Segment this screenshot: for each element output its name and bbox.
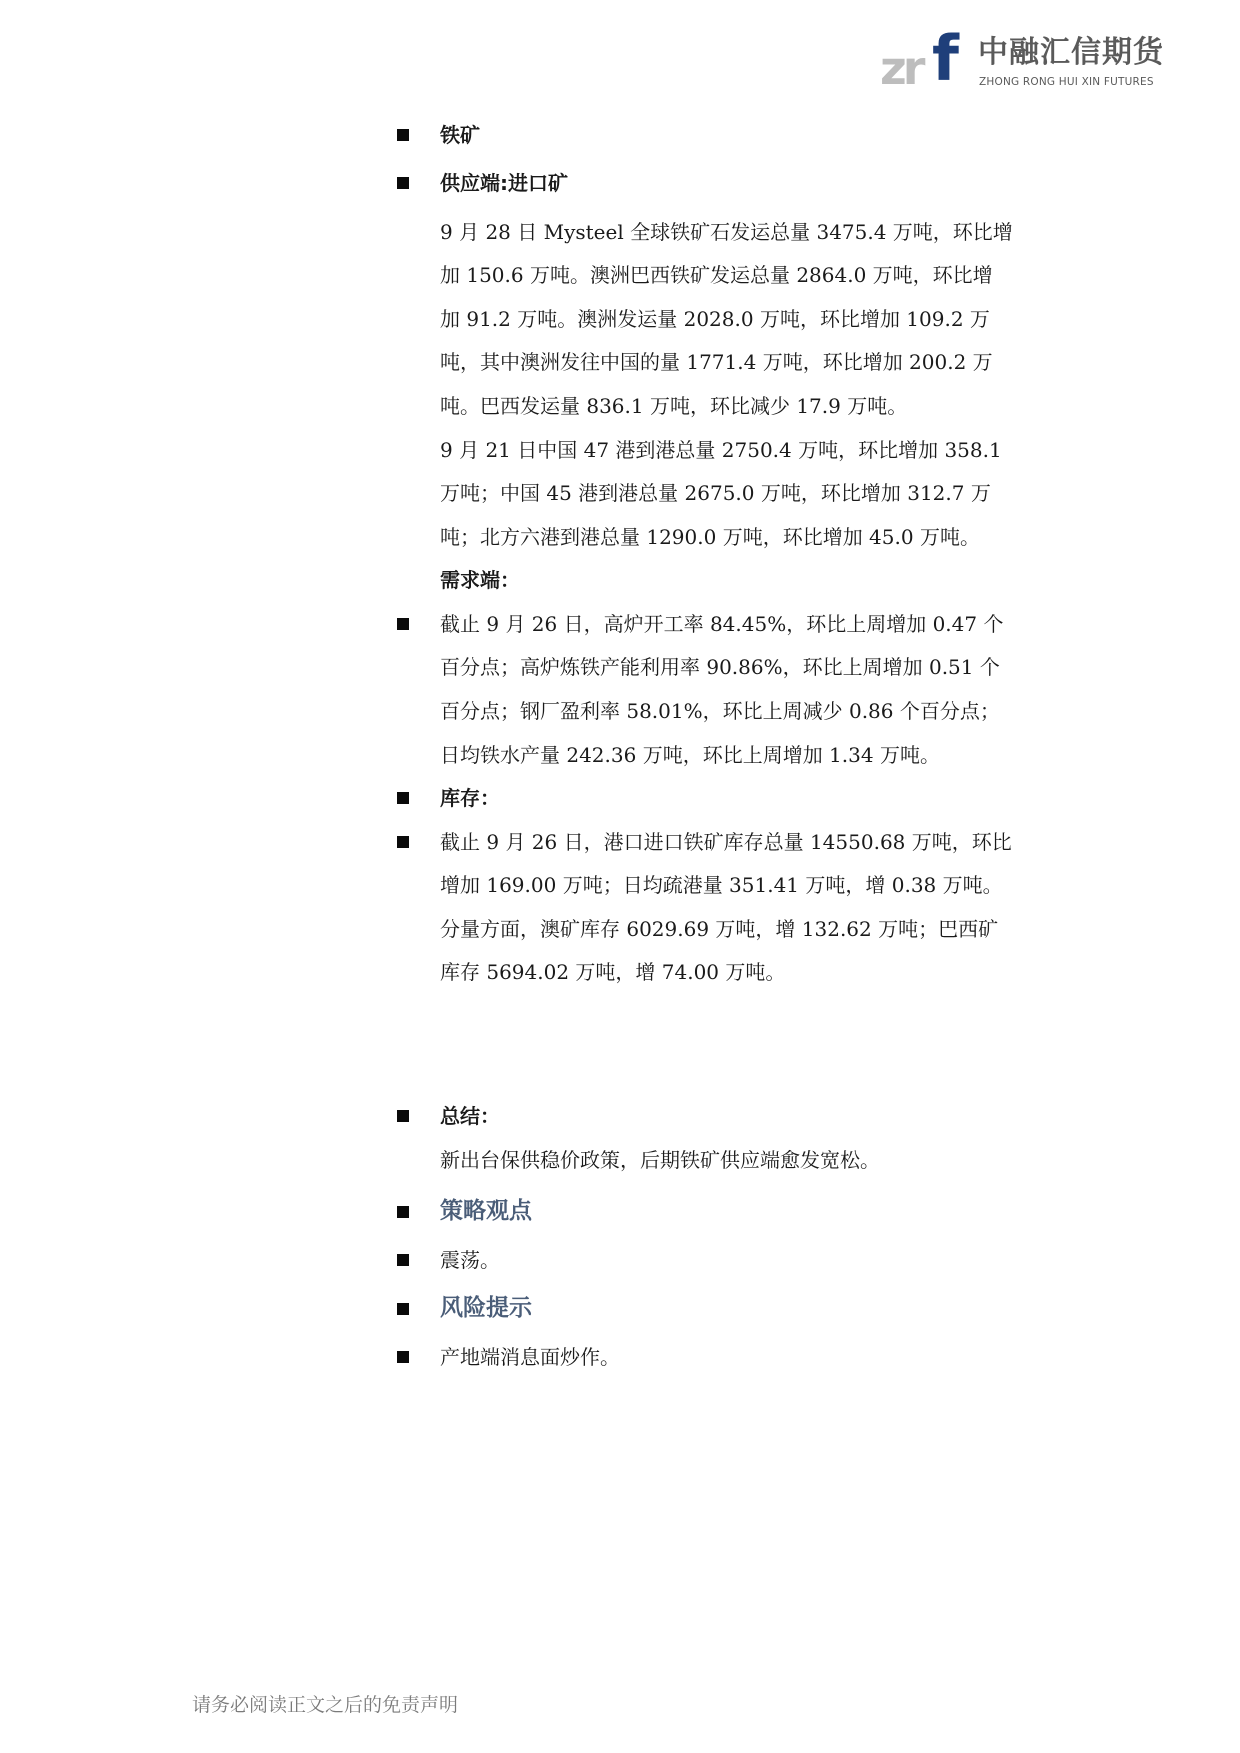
risk-text: 产地端消息面炒作。 [440, 1344, 620, 1370]
logo-name-cn: 中融汇信期货 [978, 36, 1164, 70]
bullet-square-icon [397, 129, 409, 141]
text-line: 截止 9 月 26 日，高炉开工率 84.45%，环比上周增加 0.47 个 [440, 611, 1003, 637]
bullet-square-icon [397, 1254, 409, 1266]
text-line: 9 月 21 日中国 47 港到港总量 2750.4 万吨，环比增加 358.1 [440, 437, 1002, 463]
bullet-square-icon [397, 792, 409, 804]
text-line: 截止 9 月 26 日，港口进口铁矿库存总量 14550.68 万吨，环比 [440, 829, 1012, 855]
text-line: 库存 5694.02 万吨，增 74.00 万吨。 [440, 959, 785, 985]
summary-heading: 总结： [440, 1103, 500, 1129]
bullet-square-icon [397, 1206, 409, 1218]
text-line: 万吨；中国 45 港到港总量 2675.0 万吨，环比增加 312.7 万 [440, 480, 991, 506]
bullet-square-icon [397, 836, 409, 848]
text-line: 分量方面，澳矿库存 6029.69 万吨，增 132.62 万吨；巴西矿 [440, 916, 998, 942]
bullet-square-icon [397, 618, 409, 630]
text-line: 百分点；高炉炼铁产能利用率 90.86%，环比上周增加 0.51 个 [440, 654, 1000, 680]
text-line: 加 150.6 万吨。澳洲巴西铁矿发运总量 2864.0 万吨，环比增 [440, 262, 993, 288]
risk-heading: 风险提示 [440, 1295, 532, 1321]
text-line: 百分点；钢厂盈利率 58.01%，环比上周减少 0.86 个百分点； [440, 698, 1000, 724]
text-line: 增加 169.00 万吨；日均疏港量 351.41 万吨，增 0.38 万吨。 [440, 872, 1003, 898]
summary-text: 新出台保供稳价政策，后期铁矿供应端愈发宽松。 [440, 1147, 880, 1173]
text-line: 吨。巴西发运量 836.1 万吨，环比减少 17.9 万吨。 [440, 393, 907, 419]
bullet-square-icon [397, 177, 409, 189]
inventory-heading: 库存： [440, 785, 500, 811]
bullet-square-icon [397, 1303, 409, 1315]
text-line: 日均铁水产量 242.36 万吨，环比上周增加 1.34 万吨。 [440, 742, 940, 768]
demand-heading: 需求端： [440, 567, 520, 593]
text-line: 吨；北方六港到港总量 1290.0 万吨，环比增加 45.0 万吨。 [440, 524, 980, 550]
logo-name-en: ZHONG RONG HUI XIN FUTURES [979, 76, 1154, 88]
logo-mark-f: f [932, 30, 959, 88]
text-line: 吨，其中澳洲发往中国的量 1771.4 万吨，环比增加 200.2 万 [440, 349, 993, 375]
company-logo: zr f 中融汇信期货 ZHONG RONG HUI XIN FUTURES [880, 30, 1160, 92]
bullet-square-icon [397, 1110, 409, 1122]
supply-heading: 供应端:进口矿 [440, 170, 568, 196]
logo-mark-zr: zr [880, 48, 921, 88]
section-title: 铁矿 [440, 122, 480, 148]
text-line: 9 月 28 日 Mysteel 全球铁矿石发运总量 3475.4 万吨，环比增 [440, 219, 1013, 245]
strategy-text: 震荡。 [440, 1247, 500, 1273]
bullet-square-icon [397, 1351, 409, 1363]
text-line: 加 91.2 万吨。澳洲发运量 2028.0 万吨，环比增加 109.2 万 [440, 306, 990, 332]
disclaimer-footer: 请务必阅读正文之后的免责声明 [192, 1690, 458, 1717]
strategy-heading: 策略观点 [440, 1198, 532, 1224]
